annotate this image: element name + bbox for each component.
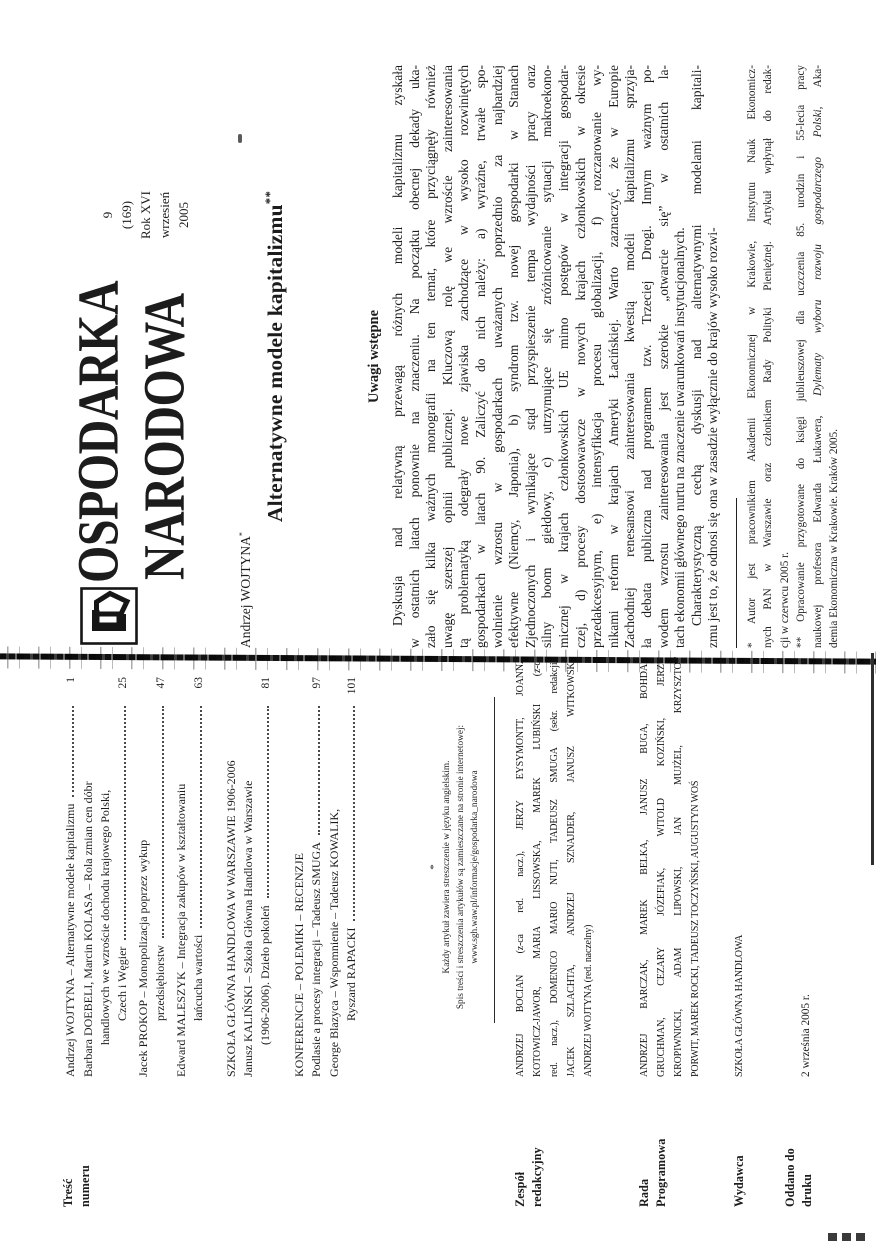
toc-row: Ryszard RAPACKI101 <box>343 677 361 1077</box>
toc-row: handlowych we wzroście dochodu krajowego… <box>97 677 114 1077</box>
title-footnote-mark: ** <box>263 191 277 204</box>
toc-section-header: SZKOŁA GŁÓWNA HANDLOWA W WARSZAWIE 1906-… <box>223 677 240 1077</box>
toc-page-number: 47 <box>153 677 170 703</box>
toc-page-number: 81 <box>258 677 275 703</box>
dot-leader <box>124 706 126 940</box>
label-rada-programowa: Rada Programowa <box>636 1139 670 1207</box>
toc-row: Barbara DOEBELI, Marcin KOLASA – Rola zm… <box>80 677 97 1077</box>
journal-scan: Treść numeru Andrzej WOJTYNA – Alternaty… <box>0 0 876 1245</box>
dot-leader <box>318 706 320 835</box>
toc-row: Podlasie a procesy integracji – Tadeusz … <box>308 677 326 1077</box>
scan-speck <box>238 134 242 143</box>
journal-website: www.sgh.waw.pl/informacje/gospodarka_nar… <box>468 657 482 1077</box>
footnotes: * Autor jest pracownikiem Akademii Ekono… <box>744 65 842 648</box>
dot-leader <box>353 706 355 921</box>
print-date: 2 września 2005 r. <box>800 994 812 1077</box>
issue-info: 9 (169) Rok XVI wrzesień 2005 <box>98 160 193 270</box>
body-line: tach ekonomii głównego nurtu na znaczeni… <box>672 65 689 648</box>
label-wydawca: Wydawca <box>731 1155 748 1207</box>
footnote-line: ** Opracowanie przygotowane do księgi ju… <box>793 65 809 648</box>
body-line: ła debata publiczna nad programem tzw. T… <box>639 65 656 648</box>
footnote-line: nych PAN w Warszawie oraz członkiem Rady… <box>760 65 776 648</box>
publisher-name: SZKOŁA GŁÓWNA HANDLOWA <box>731 657 748 1077</box>
body-line: micznej w krajach członkowskich UE mimo … <box>556 65 573 648</box>
toc-page-number: 101 <box>344 677 361 703</box>
footnote-rule <box>736 498 737 648</box>
body-line: silny boom giełdowy, c) utrzymujące się … <box>539 65 556 648</box>
issue-number: 9 <box>98 160 117 270</box>
page-fold-shadow <box>0 646 876 673</box>
body-line: nikami reform w krajach Ameryki Łaciński… <box>606 65 623 648</box>
footnote-line: demia Ekonomiczna w Krakowie. Kraków 200… <box>826 65 842 648</box>
gospodarka-g-logo-icon <box>80 587 138 645</box>
body-line: w ostatnich latach ponownie na znaczeniu… <box>407 65 424 648</box>
dot-leader <box>267 706 269 898</box>
toc-page-number: 97 <box>309 677 326 703</box>
page-edge-shadow <box>871 653 874 865</box>
author-line: Andrzej WOJTYNA* <box>238 532 254 648</box>
body-line: Zachodniej renesansowi zainteresowania k… <box>622 65 639 648</box>
asterisk-mark: * <box>428 657 440 1077</box>
toc-row: Czech i Węgier25 <box>114 677 132 1077</box>
body-line: gospodarkach w latach 90. Zaliczyć do ni… <box>473 65 490 648</box>
two-page-spread: Treść numeru Andrzej WOJTYNA – Alternaty… <box>0 0 876 1245</box>
toc-row: Jacek PROKOP – Monopolizacja poprzez wyk… <box>135 677 152 1077</box>
body-line: uwagę szerszej opinii publicznej. Kluczo… <box>440 65 457 648</box>
toc-row: Janusz KALIŃSKI – Szkoła Główna Handlowa… <box>240 677 257 1077</box>
body-line: Dyskusja nad relatywną przewagą różnych … <box>390 65 407 648</box>
program-council-list: ANDRZEJ BARCZAK, MAREK BELKA, JANUSZ BUG… <box>636 657 704 1077</box>
book-title-italic: Dylematy wyboru rozwoju gospodarczego Po… <box>812 107 824 396</box>
issue-year-roman: Rok XVI <box>136 160 155 270</box>
body-line: Charakterystyczną cechą dyskusji nad alt… <box>689 65 706 648</box>
toc-section-header: KONFERENCJE – POLEMIKI – RECENZJE <box>291 677 308 1077</box>
toc-row: Edward MALESZYK – Integracja zakupów w k… <box>173 677 190 1077</box>
body-line: przedakcesyjnym, e) intensyfikacja proce… <box>589 65 606 648</box>
label-oddano-do-druku: Oddano do druku <box>782 1148 816 1207</box>
toc-row: przedsiębiorstw47 <box>152 677 170 1077</box>
english-abstracts-note: * Każdy artykuł zawiera streszczenie w j… <box>428 657 482 1077</box>
body-line: Zjednoczonych i wynikające stąd przyspie… <box>523 65 540 648</box>
scan-artifact-dashes <box>828 1233 870 1241</box>
body-line: zało się kilka ważnych monografii na ten… <box>423 65 440 648</box>
dot-leader <box>162 706 164 938</box>
body-line: tą problematyką odegrały nowe zjawiska z… <box>456 65 473 648</box>
footnote-line: naukowej profesora Edwarda Łukawera, Dyl… <box>810 65 826 648</box>
body-line: wodem wzrostu zainteresowania jest szero… <box>656 65 673 648</box>
table-of-contents: Andrzej WOJTYNA – Alternatywne modele ka… <box>62 677 361 1077</box>
body-line: efektywne (Niemcy, Japonia), b) syndrom … <box>506 65 523 648</box>
footnote-line: * Autor jest pracownikiem Akademii Ekono… <box>744 65 760 648</box>
section-heading: Uwagi wstępne <box>366 65 383 648</box>
toc-row: Andrzej WOJTYNA – Alternatywne modele ka… <box>62 677 80 1077</box>
masthead-title-line2: NARODOWA <box>136 293 195 580</box>
toc-page-number: 1 <box>63 677 80 703</box>
article-title: Alternatywne modele kapitalizmu** <box>263 65 288 648</box>
label-tresc-numeru: Treść numeru <box>60 1165 94 1207</box>
issue-sequence: (169) <box>117 160 136 270</box>
masthead-title-line1: OSPODARKA <box>70 281 129 583</box>
toc-page-number: 63 <box>191 677 208 703</box>
issue-month: wrzesień <box>155 160 174 270</box>
label-zespol-redakcyjny: Zespół redakcyjny <box>512 1147 546 1207</box>
footnote-line: cji w czerwcu 2005 r. <box>777 65 793 648</box>
editorial-board-list: ANDRZEJ BOCIAN (z-ca red. nacz.), JERZY … <box>512 657 597 1077</box>
toc-row: George Blazyca – Wspomnienie – Tadeusz K… <box>326 677 343 1077</box>
separator-rule <box>494 697 495 1023</box>
toc-row: (1906-2006). Dzieło pokoleń81 <box>257 677 275 1077</box>
author-footnote-mark: * <box>238 532 247 536</box>
dot-leader <box>200 706 202 928</box>
body-line: wolnienie wzrostu w gospodarkach uważany… <box>490 65 507 648</box>
issue-year: 2005 <box>174 160 193 270</box>
toc-row: łańcucha wartości63 <box>190 677 208 1077</box>
toc-page-number: 25 <box>115 677 132 703</box>
body-line: zmu jest to, że odnosi się ona w zasadzi… <box>705 65 722 648</box>
article-body: Dyskusja nad relatywną przewagą różnych … <box>390 65 722 648</box>
body-line: czej, d) procesy dostosowawcze w nowych … <box>573 65 590 648</box>
dot-leader <box>72 706 74 797</box>
